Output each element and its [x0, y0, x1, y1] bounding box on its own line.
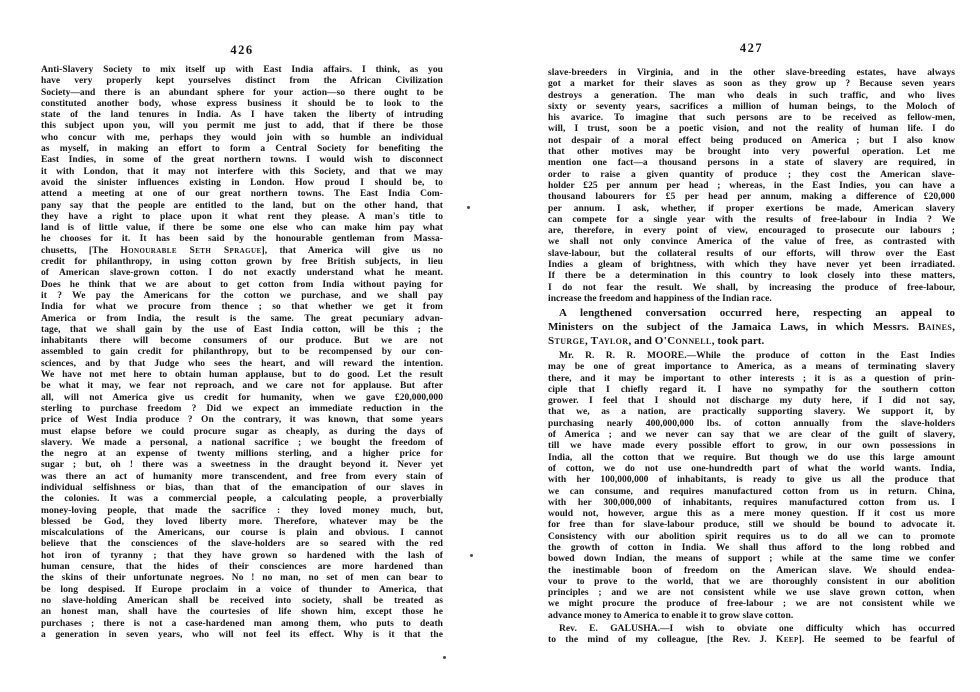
- text-line: it with London, that it may not interfer…: [41, 167, 443, 178]
- text-line: India for what we procure from thence ; …: [41, 302, 443, 313]
- text-line: of cotton, we do not use one-hundredth p…: [548, 464, 955, 475]
- text-line: his avarice. To imagine that such person…: [548, 113, 955, 124]
- text-line: Does he think that we are about to get c…: [41, 280, 443, 291]
- text-line: they have a right to place upon it what …: [41, 212, 443, 223]
- text-line: that we, as a nation, are practically su…: [548, 407, 955, 418]
- text-line: individual selfishness or bias, than tha…: [41, 483, 443, 494]
- small-caps-name: Baines: [918, 321, 952, 333]
- text-line: would not, however, argue this as a mere…: [548, 509, 955, 520]
- text-line: I do not fear the result. We shall, by i…: [548, 283, 955, 294]
- small-caps-name: Taylor: [591, 335, 629, 347]
- text-line: attend a meeting at one of our great nor…: [41, 189, 443, 200]
- text-line: increase the freedom and happiness of th…: [548, 294, 955, 305]
- text-line: a generation in seven years, who will no…: [41, 630, 443, 641]
- text-line: be long despised. If Europe proclaim in …: [41, 585, 443, 596]
- text-line: we shall not only convince America of th…: [548, 237, 955, 248]
- small-caps-name: Sturge: [548, 335, 585, 347]
- text-line: human censure, that the hides of their c…: [41, 562, 443, 573]
- book-page-left: 426 Anti-Slavery Society to mix itself u…: [41, 44, 443, 641]
- text-line: the skins of their unfortunate negroes. …: [41, 573, 443, 584]
- text-line: Anti-Slavery Society to mix itself up wi…: [41, 65, 443, 76]
- scan-speck: [470, 554, 473, 557]
- text-line: was there an act of humanity more transc…: [41, 472, 443, 483]
- book-page-right: 427 slave-breeders in Virginia, and in t…: [548, 42, 955, 647]
- text-line: slavery. We made a personal, a national …: [41, 438, 443, 449]
- text-line: no slave-holding American shall be recei…: [41, 596, 443, 607]
- text-line: ciple that I chiefly regard it. I have n…: [548, 385, 955, 396]
- text-line: grower. I feel that I should not dischar…: [548, 396, 955, 407]
- text-line: credit for philanthropy, in using cotton…: [41, 257, 443, 268]
- text-line: it ? We pay the Americans for the cotton…: [41, 291, 443, 302]
- text-line: to the mind of my colleague, [the Rev. J…: [548, 635, 955, 646]
- text-line: principles ; and we are not consistent w…: [548, 588, 955, 599]
- text-line: money-loving people, that made the sacri…: [41, 506, 443, 517]
- text-line: sixty or seventy years, sacrifices a mil…: [548, 102, 955, 113]
- text-block-right: slave-breeders in Virginia, and in the o…: [548, 68, 955, 647]
- page-number-left: 426: [41, 44, 443, 57]
- text-line: We have not met here to obtain human app…: [41, 370, 443, 381]
- text-line: slave-breeders in Virginia, and in the o…: [548, 68, 955, 79]
- text-line: mention one fact—a thousand persons in a…: [548, 158, 955, 169]
- text-line: there, and it may be important to other …: [548, 374, 955, 385]
- text-line: hot iron of tyranny ; that they have gro…: [41, 551, 443, 562]
- text-line: till we have made every possible effort …: [548, 441, 955, 452]
- text-line: may be one of great importance to Americ…: [548, 362, 955, 373]
- text-line: be what it may, we fear not reproach, an…: [41, 381, 443, 392]
- text-line: must elapse before we could procure suga…: [41, 427, 443, 438]
- text-line: Consistency with our abolition spirit re…: [548, 532, 955, 543]
- text-line: constituted another body, whose express …: [41, 99, 443, 110]
- text-line: order to raise a given quantity of produ…: [548, 170, 955, 181]
- small-caps-name: Honourable Seth Sprague: [120, 246, 261, 256]
- text-line: inhabitants there will become consumers …: [41, 336, 443, 347]
- text-line: Society—and there is an abundant sphere …: [41, 88, 443, 99]
- text-line: vour to prove to the world, that we are …: [548, 577, 955, 588]
- text-line: price of West India produce ? On the con…: [41, 415, 443, 426]
- text-line: an honest man, shall have the courtesies…: [41, 607, 443, 618]
- text-line: East Indies, in some of the great northe…: [41, 155, 443, 166]
- text-line: not despair of a moral effect being prod…: [548, 136, 955, 147]
- text-line: blessed be God, they loved liberty more.…: [41, 517, 443, 528]
- text-line: this subject upon you, will you permit m…: [41, 121, 443, 132]
- text-line: If there be a determination in this coun…: [548, 271, 955, 282]
- text-line: destroys a generation. The man who deals…: [548, 91, 955, 102]
- text-line: tage, that we shall gain by the use of E…: [41, 325, 443, 336]
- text-line: purchasing nearly 400,000,000 lbs. of co…: [548, 419, 955, 430]
- text-line: can compete for a single year with the r…: [548, 215, 955, 226]
- text-line: holder £25 per annum per head ; whereas,…: [548, 181, 955, 192]
- paragraph: Anti-Slavery Society to mix itself up wi…: [41, 65, 443, 641]
- text-line: bowed down Indian, the means of support …: [548, 554, 955, 565]
- text-line: A lengthened conversation occurred here,…: [548, 307, 955, 321]
- text-line: will, I trust, soon be a poetic vision, …: [548, 124, 955, 135]
- text-line: as myself, in making an effort to form a…: [41, 144, 443, 155]
- text-line: Mr. R. R. R. MOORE.—While the produce of…: [548, 351, 955, 362]
- paragraph: A lengthened conversation occurred here,…: [548, 307, 955, 349]
- text-line: land is of little value, if there be som…: [41, 223, 443, 234]
- text-line: the inestimable boon of freedom on the A…: [548, 566, 955, 577]
- text-line: purchases ; there is not a case-hardened…: [41, 619, 443, 630]
- text-line: with her 100,000,000 of inhabitants, is …: [548, 475, 955, 486]
- text-block-left: Anti-Slavery Society to mix itself up wi…: [41, 65, 443, 641]
- text-line: that other motives may be brought into v…: [548, 147, 955, 158]
- text-line: chusetts, [The Honourable Seth Sprague],…: [41, 246, 443, 257]
- text-line: of America ; and we never can say that w…: [548, 430, 955, 441]
- text-line: Rev. E. GALUSHA.—I wish to obviate one d…: [548, 624, 955, 635]
- scan-speck: [467, 206, 470, 209]
- text-line: per annum. I ask, whether, if proper exe…: [548, 204, 955, 215]
- text-line: advance money to America to enable it to…: [548, 611, 955, 622]
- text-line: with her 300,000,000 of inhabitants, req…: [548, 498, 955, 509]
- text-line: sterling to purchase freedom ? Did we ex…: [41, 404, 443, 415]
- paragraph: Rev. E. GALUSHA.—I wish to obviate one d…: [548, 624, 955, 647]
- text-line: have very properly kept yourselves disti…: [41, 76, 443, 87]
- text-line: sugar ; but, oh ! there was a sweetness …: [41, 460, 443, 471]
- text-line: are, therefore, in every point of view, …: [548, 226, 955, 237]
- text-line: Sturge, Taylor, and O'Connell, took part…: [548, 335, 955, 349]
- text-line: got a market for their slaves as soon as…: [548, 79, 955, 90]
- text-line: the colonies. It was a commercial people…: [41, 494, 443, 505]
- text-line: Indies a gleam of brightness, with which…: [548, 260, 955, 271]
- page-number-right: 427: [548, 42, 955, 55]
- text-line: avoid the sinister influences existing i…: [41, 178, 443, 189]
- text-line: he chooses for it. It has been said by t…: [41, 234, 443, 245]
- text-line: thousand labourers for £5 per head per a…: [548, 192, 955, 203]
- text-line: who concur with me, perhaps they would j…: [41, 133, 443, 144]
- text-line: the negro at an expense of twenty millio…: [41, 449, 443, 460]
- text-line: India, all the cotton that we require. B…: [548, 453, 955, 464]
- scan-speck: [443, 656, 446, 659]
- small-caps-name: Keep: [776, 635, 799, 645]
- text-line: miscalculations of the Americans, our co…: [41, 528, 443, 539]
- text-line: assembled to gain credit for philanthrop…: [41, 347, 443, 358]
- text-line: we can consume, and requires manufacture…: [548, 487, 955, 498]
- paragraph: slave-breeders in Virginia, and in the o…: [548, 68, 955, 305]
- text-line: the growth of cotton in India. We shall …: [548, 543, 955, 554]
- text-line: all, will not America give us credit for…: [41, 393, 443, 404]
- text-line: Ministers on the subject of the Jamaica …: [548, 321, 955, 335]
- small-caps-name: O'Connell: [655, 335, 712, 347]
- text-line: of American slave-grown cotton. I do not…: [41, 268, 443, 279]
- text-line: pany say that the people are entitled to…: [41, 201, 443, 212]
- text-line: for free than for slave-labour produce, …: [548, 520, 955, 531]
- text-line: slave-labour, but the collateral results…: [548, 249, 955, 260]
- text-line: we might procure the produce of free-lab…: [548, 599, 955, 610]
- text-line: sciences, and by that Judge who sees the…: [41, 359, 443, 370]
- paragraph: Mr. R. R. R. MOORE.—While the produce of…: [548, 351, 955, 622]
- text-line: believe that the consciences of the slav…: [41, 539, 443, 550]
- text-line: America or from India, the result is the…: [41, 314, 443, 325]
- text-line: state of the land tenures in India. As I…: [41, 110, 443, 121]
